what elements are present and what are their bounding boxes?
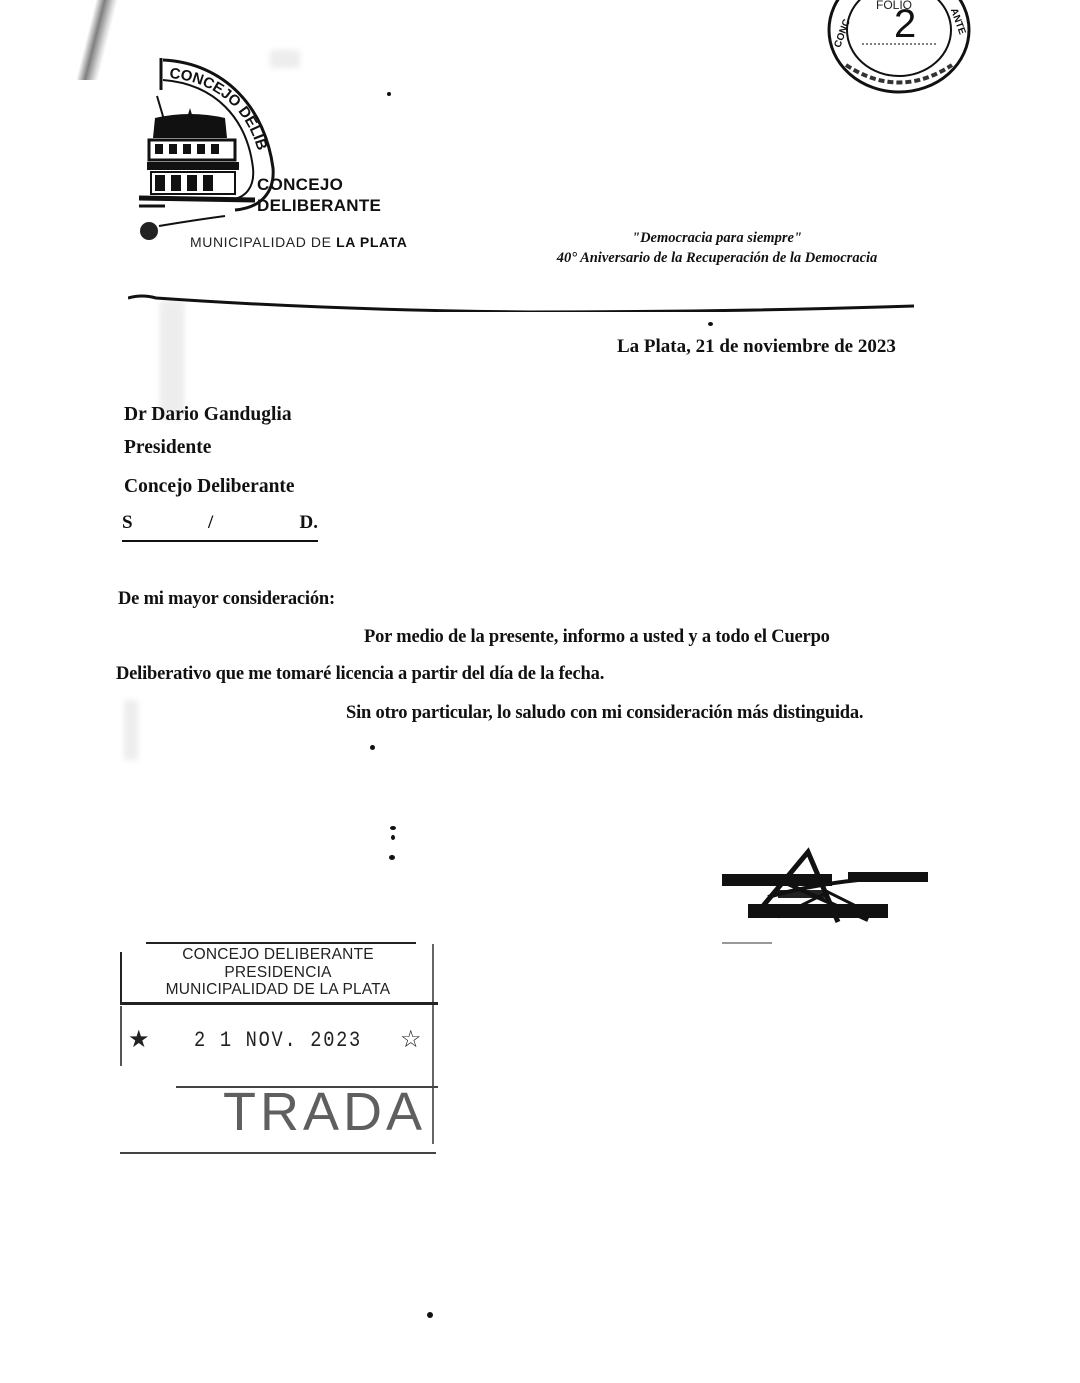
scan-edge-shadow [76, 0, 118, 80]
stamp-divider-1 [120, 1002, 438, 1005]
municipality-city: LA PLATA [336, 234, 407, 250]
stamp-border-bottom [120, 1152, 436, 1154]
building-seal-icon: CONCEJO DELIB [135, 48, 455, 263]
stamp-date: 2 1 NOV. 2023 [140, 1028, 415, 1053]
stamp-line2: PRESIDENCIA [116, 964, 440, 982]
folio-number: 2 [894, 4, 916, 44]
scan-speck [427, 1312, 433, 1318]
stamp-line3: MUNICIPALIDAD DE LA PLATA [116, 981, 440, 999]
sd-left: S [122, 512, 133, 534]
body-paragraph-line1: Por medio de la presente, informo a uste… [364, 627, 830, 648]
scan-speck [387, 92, 391, 96]
stamp-entry-label: TRADA [176, 1085, 426, 1139]
scan-speck [389, 855, 395, 860]
reception-stamp: CONCEJO DELIBERANTE PRESIDENCIA MUNICIPA… [116, 940, 440, 1158]
sd-right: D. [300, 512, 318, 534]
su-despacho: S / D. [122, 512, 318, 542]
municipality-prefix: MUNICIPALIDAD DE [190, 234, 332, 250]
star-outline-icon: ☆ [400, 1028, 422, 1052]
scan-speck [391, 835, 395, 840]
municipality-name: MUNICIPALIDAD DE LA PLATA [190, 234, 408, 250]
header-divider [128, 292, 914, 312]
sd-mid: / [208, 512, 213, 534]
scan-speck [370, 745, 375, 750]
motto-line1: "Democracia para siempre" [510, 228, 924, 248]
stamp-line1: CONCEJO DELIBERANTE [116, 946, 440, 964]
stamp-header: CONCEJO DELIBERANTE PRESIDENCIA MUNICIPA… [116, 946, 440, 999]
scan-smudge [160, 300, 184, 420]
signature [718, 842, 938, 952]
body-paragraph-line2: Deliberativo que me tomaré licencia a pa… [116, 664, 604, 685]
scan-smudge [124, 700, 138, 760]
letterhead-logo: CONCEJO DELIB CONCEJO DELIBERANTE MUNICI… [135, 48, 455, 263]
folio-stamp: FOLIO 2 CONC ANTE [826, 0, 972, 96]
org-name-line1: CONCEJO [257, 174, 381, 195]
signature-underline [722, 942, 772, 944]
motto-line2: 40° Aniversario de la Recuperación de la… [510, 248, 924, 268]
closing-line: Sin otro particular, lo saludo con mi co… [346, 703, 863, 724]
org-name: CONCEJO DELIBERANTE [257, 174, 381, 216]
motto: "Democracia para siempre" 40° Aniversari… [510, 228, 924, 268]
recipient-name: Dr Dario Ganduglia [124, 404, 292, 426]
stamp-border-top [146, 942, 416, 944]
stamp-border-left-2 [120, 1006, 122, 1066]
org-name-line2: DELIBERANTE [257, 195, 381, 216]
recipient-title: Presidente [124, 437, 211, 459]
salutation: De mi mayor consideración: [118, 589, 335, 610]
scan-speck [390, 826, 396, 830]
recipient-organization: Concejo Deliberante [124, 476, 295, 498]
scan-speck [708, 322, 713, 326]
place-date: La Plata, 21 de noviembre de 2023 [617, 336, 896, 358]
